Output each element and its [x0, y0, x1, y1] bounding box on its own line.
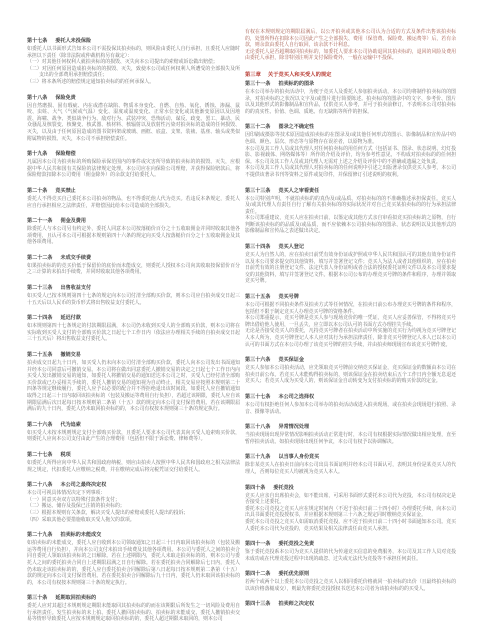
article-heading: 第二十一条佣金及费用: [27, 218, 240, 225]
article-heading: 第十七条委托人未投保险: [27, 38, 240, 45]
article-paragraph: 鉴于委托竞投系本公司为竞买人提供的代为传递竞买信息的免费服务，本公司及其工作人员…: [245, 550, 456, 563]
article-title: 佣金及费用: [60, 218, 85, 224]
article-title: 图录之不确定性: [278, 124, 314, 130]
article-paragraph: 当拍卖现场出现异常情况影响拍卖活动正常进行时，本公司有权根据实际情况做出相应处理…: [245, 433, 456, 446]
article-heading: 第四十一条委托竞投之免责: [245, 541, 456, 548]
article-paragraph: 委托人不得竞买自己委托本公司拍卖的物品，也不得委托他人代为竞买。若违反本条规定，…: [27, 197, 240, 210]
article-paragraph: 本公司可根据不同拍卖条件及拍卖方式等任何情况，在拍卖日前公布办理竞买号牌的条件和…: [245, 303, 456, 316]
article-number: 第二十条: [27, 188, 47, 195]
article-title: 竞买保证金: [278, 357, 303, 363]
article-title: 未成交手续费: [60, 255, 91, 261]
article-paragraph: 本公司可视具体情况决定下列事项：: [27, 491, 240, 498]
article-paragraph: 因印刷或摄影等技术原因造成拍卖标的在图录及/或其他任何形式的图示、影像制品和宣传…: [245, 133, 456, 146]
article-heading: 第三十七条本公司之选择权: [245, 394, 456, 401]
article-heading: 第三十五条竞买号牌: [245, 294, 456, 301]
article-heading: 第二十九条拍卖标的未能成交: [27, 532, 240, 539]
article-title: 保险免责: [55, 95, 75, 101]
article-heading: 第二十六条代为追索: [27, 422, 240, 429]
article-number: 第四十一条: [245, 541, 270, 548]
article-heading: 第二十七条税项: [27, 452, 240, 459]
article-number: 第二十一条: [27, 218, 52, 225]
article-list-item: （三）根据本规则有关条款，解决买受人提出的索赔或委托人提出的投诉；: [27, 511, 240, 518]
article-number: 第三十五条: [245, 294, 270, 301]
article-number: 第二十三条: [27, 285, 52, 292]
article-heading: 第三十九条以当事人身份竞买: [245, 454, 456, 461]
article-list-item: （四）采取其他必要措施收取买受人拖欠的款项。: [27, 518, 240, 525]
article-number: 第三十四条: [245, 244, 270, 251]
article-paragraph: 若两个或两个以上委托本公司竞投之竞买人以相同委托价格就同一拍卖标的出价（且最终拍…: [245, 580, 456, 593]
article-number: 第十八条: [27, 95, 47, 102]
article-title: 税项: [60, 452, 70, 458]
article-paragraph: 委托本公司竞投之竞买人如需取消委托竞投，应不迟于拍卖日前二十四小时书面通知本公司…: [245, 520, 456, 533]
article-paragraph: 竞买人参加本公司拍卖活动，应先领取竞买号牌前交纳竞买保证金，竞买保证金的数额由本…: [245, 366, 456, 386]
article-heading: 第三十条延期取回拍卖标的: [27, 595, 240, 602]
article-heading: 第二十三条出售收益支付: [27, 285, 240, 292]
article-title: 委托人未投保险: [55, 38, 91, 44]
article-paragraph: 如委托人所得应向中华人民共和国政府纳税，则应由拍卖人按照中华人民共和国政府之相关…: [27, 461, 240, 474]
article-number: 第十七条: [27, 38, 47, 45]
article-paragraph: 如本规则第四十七条规定的付款期限届满，本公司仍未收到买受人的全部购买价款，则本公…: [27, 324, 240, 344]
article-heading: 第四十二条委托优先原则: [245, 571, 456, 578]
article-number: 第三十条: [27, 595, 47, 602]
article-paragraph: 本公司及其工作人员或其代理人对拍卖标的的任何说明中引述之出版著录仅供竞买人参考，…: [245, 166, 456, 179]
article-paragraph: 除非某竞买人在拍卖日前向本公司出具书面证明并经本公司书面认可，表明其身份是某竞买…: [245, 463, 456, 476]
article-title: 本公司之选择权: [278, 394, 314, 400]
chapter-number: 第三章: [245, 72, 261, 79]
article-heading: 第二十八条本公司之最终决定权: [27, 482, 240, 489]
chapter-title: 关于竞买人和买受人的规定: [268, 72, 332, 78]
article-number: 第三十二条: [245, 124, 270, 131]
article-paragraph: 除委托人与本公司另有约定外，委托人同意本公司按落槌价百分之十五收取佣金并同时收取…: [27, 227, 240, 247]
article-number: 第三十九条: [245, 454, 270, 461]
article-title: 委托竞投: [273, 485, 293, 491]
article-paragraph: 拍卖成交日起九十日内，如买受人仍未向本公司付清全部购买价款，委托人向本公司发出书…: [27, 361, 240, 414]
article-paragraph: 无论是否接受竞买人的委托，凡持竞买号牌者在拍卖活动中所实施的竞买行为均视为竞买号…: [245, 329, 456, 349]
article-number: 第四十三条: [245, 601, 270, 608]
article-list-item: （三）将本条所述的赔偿规定通知拍卖标的的任何承保人。: [27, 80, 240, 87]
article-heading: 第四十三条拍卖师之决定权: [245, 601, 456, 608]
article-list-item: （二）搬运、储存及投保已注销的拍卖标的；: [27, 504, 240, 511]
article-number: 第二十九条: [27, 532, 52, 539]
article-number: 第二十二条: [27, 255, 52, 262]
article-paragraph: 委托本公司竞投之竞买人应在规定时间内（不迟于拍卖日前二十四小时）办理委托手续，向…: [245, 507, 456, 520]
article-paragraph: 竞买人应亲自出席拍卖会，如不能出席，可采用书面形式委托本公司代为竞投，本公司有权…: [245, 494, 456, 507]
article-number: 第三十八条: [245, 424, 270, 431]
article-number: 第二十四条: [27, 315, 52, 322]
article-list-item: （一）对其他任何权利人就拍卖标的的损毁、灭失向本公司提出的索赔或诉讼做出赔偿；: [27, 60, 240, 67]
article-title: 撤销交易: [60, 352, 80, 358]
article-paragraph: 因自然磨损、固有瑕疵、内在或潜在缺陷、物质本身变化、自燃、自热、氧化、锈蚀、渗漏…: [27, 104, 240, 144]
article-number: 第四十条: [245, 485, 265, 492]
article-heading: 第二十二条未成交手续费: [27, 255, 240, 262]
article-number: 第三十三条: [245, 188, 270, 195]
article-paragraph: 如果拍卖标的的竞买价低于保留价的底价而未能成交，则委托人授权本公司向其收取按保留…: [27, 264, 240, 277]
article-number: 第三十六条: [245, 357, 270, 364]
article-paragraph: 本公司郑重提示，竞买号牌是竞买人参与现场竞价的唯一凭证，竞买人应妥善保管，不得将…: [245, 316, 456, 329]
article-title: 竞买禁止: [55, 188, 75, 194]
article-heading: 第三十一条拍卖标的的图录: [245, 81, 456, 88]
article-paragraph: 本公司特别声明，不就拍卖标的的真伪及/或品质、对拍卖标的的不准确描述承担保责任。…: [245, 197, 456, 217]
article-heading: 第二十五条撤销交易: [27, 352, 240, 359]
right-text-column: 有权在本规则规定的期限届满后，以公开拍卖或其他本公司认为合适的方式及条件出售该拍…: [245, 0, 456, 610]
article-title: 竞买人之审看责任: [278, 188, 319, 194]
article-paragraph: 如拍卖标的未能成交，委托人应自收到本公司领取通知之日起三十日内取回该拍卖标的（包…: [27, 541, 240, 587]
article-title: 异常情况处理: [278, 424, 309, 430]
article-title: 拍卖标的未能成交: [60, 532, 101, 538]
article-number: 第三十七条: [245, 394, 270, 401]
article-title: 代为追索: [60, 422, 80, 428]
article-number: 第二十八条: [27, 482, 52, 489]
article-number: 第二十五条: [27, 352, 52, 359]
article-title: 延期取回拍卖标的: [55, 595, 96, 601]
article-number: 第十九条: [27, 151, 47, 158]
continuation-paragraph: 无论委托人是否超期取回拍卖标的，如委托人要求本公司协助退回其拍卖标的，退回的风险…: [245, 50, 456, 63]
article-heading: 第十八条保险免责: [27, 95, 240, 102]
article-title: 本公司之最终决定权: [60, 482, 106, 488]
article-title: 以当事人身份竞买: [278, 454, 319, 460]
article-heading: 第三十六条竞买保证金: [245, 357, 456, 364]
article-title: 拍卖标的的图录: [278, 81, 314, 87]
article-heading: 第三十二条图录之不确定性: [245, 124, 456, 131]
chapter2-closing-paragraphs: 有权在本规则规定的期限届满后，以公开拍卖或其他本公司认为合适的方式及条件出售该拍…: [245, 30, 456, 63]
article-title: 委托竞投之免责: [278, 541, 314, 547]
article-title: 委托优先原则: [278, 571, 309, 577]
article-number: 第二十六条: [27, 422, 52, 429]
article-title: 保险赔偿: [55, 151, 75, 157]
article-paragraph: 本公司及其工作人员或其代理人对任何拍卖标的用任何方式（包括证书、图录、状态说明、…: [245, 147, 456, 167]
article-paragraph: 本公司郑重建议，竞买人应在拍卖日前，以鉴定或其他方式亲自审看拟竞买拍卖标的之原物…: [245, 216, 456, 236]
article-paragraph: 如委托人以书面形式告知本公司不需投保其拍卖标的，则风险由委托人自行承担，且委托人…: [27, 47, 240, 60]
article-title: 出售收益支付: [60, 285, 91, 291]
article-number: 第二十七条: [27, 452, 52, 459]
auction-rules-document-page: 第十七条委托人未投保险如委托人以书面形式告知本公司不需投保其拍卖标的，则风险由委…: [0, 0, 480, 626]
article-paragraph: 在本公司举办的拍卖活动中，为便于竞买人及委托人参加拍卖活动，本公司均将制作拍卖标…: [245, 90, 456, 116]
left-text-column: 第十七条委托人未投保险如委托人以书面形式告知本公司不需投保其拍卖标的，则风险由委…: [27, 0, 240, 624]
article-heading: 第三十三条竞买人之审看责任: [245, 188, 456, 195]
article-paragraph: 凡属因本公司为拍卖标的所购保险承保范围内的事件或灾害所导致的拍卖标的的损毁、灭失…: [27, 160, 240, 180]
article-paragraph: 如买受人已按本规则第四十七条的规定向本公司付清全部购买价款，则本公司应自拍卖成交…: [27, 294, 240, 307]
article-heading: 第十九条保险赔偿: [27, 151, 240, 158]
article-heading: 第二十条竞买禁止: [27, 188, 240, 195]
article-list-item: （二）对因任何原因造成拍卖标的的损毁、灭失，致使本公司或任何权利人所遭受的全部损…: [27, 67, 240, 80]
article-paragraph: 如买受人未按本规则规定支付全部购买价款，且委托人要求本公司代表其向买受人追索购买…: [27, 431, 240, 444]
article-title: 竞买人登记: [278, 244, 303, 250]
article-heading: 第二十四条延迟付款: [27, 315, 240, 322]
article-title: 延迟付款: [60, 315, 80, 321]
article-paragraph: 竞买人为自然人的，应在拍卖日前凭有效身份证或护照或中华人民共和国认可的其他有效身…: [245, 253, 456, 286]
article-title: 竞买号牌: [278, 294, 298, 300]
article-heading: 第四十条委托竞投: [245, 485, 456, 492]
chapter-heading: 第三章关于竞买人和买受人的规定: [245, 72, 456, 79]
article-heading: 第三十四条竞买人登记: [245, 244, 456, 251]
article-number: 第四十二条: [245, 571, 270, 578]
article-title: 拍卖师之决定权: [278, 601, 314, 607]
article-paragraph: 本公司有权拒绝任何人参加本公司举办的拍卖活动或进入拍卖现场，或在拍卖会现场进行拍…: [245, 403, 456, 416]
article-heading: 第三十八条异常情况处理: [245, 424, 456, 431]
article-number: 第三十一条: [245, 81, 270, 88]
article-paragraph: 委托人应对其超过本规则规定期限未能取回其拍卖标的的而在该期限后所发生之一切风险及…: [27, 604, 240, 624]
continuation-paragraph: 有权在本规则规定的期限届满后，以公开拍卖或其他本公司认为合适的方式及条件出售该拍…: [245, 30, 456, 50]
